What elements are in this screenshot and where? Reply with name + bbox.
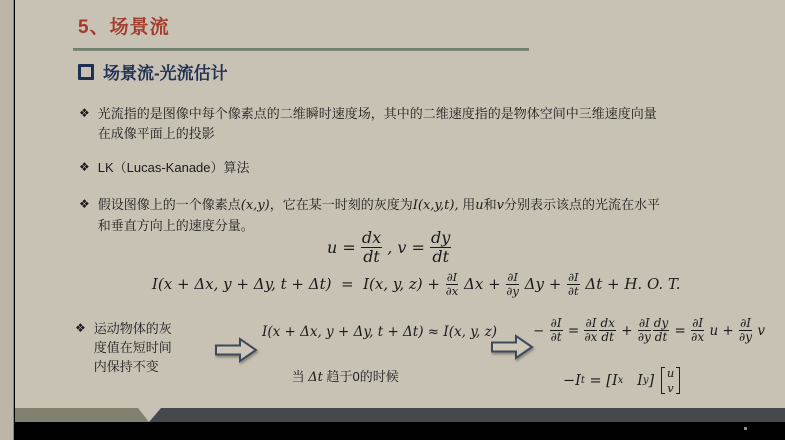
fraction-dI-dy: ∂I ∂y bbox=[739, 317, 752, 345]
fraction-dI-dx: ∂I ∂x bbox=[584, 317, 597, 345]
bullet-text: 运动物体的灰 度值在短时间 内保持不变 bbox=[94, 319, 172, 376]
fraction-dI-dx: ∂I ∂x bbox=[446, 271, 459, 298]
bullet-item-optical-flow-def: ❖ 光流指的是图像中每个像素点的二维瞬时速度场，其中的二维速度指的是物体空间中三… bbox=[79, 104, 759, 143]
formula-taylor-expansion: I(x + Δx, y + Δy, t + Δt) = I(x, y, z) +… bbox=[152, 271, 680, 298]
footer-decoration-band bbox=[15, 408, 785, 422]
section-heading-label: 场景流-光流估计 bbox=[103, 59, 228, 84]
diamond-bullet-icon: ❖ bbox=[79, 195, 90, 235]
fraction-dI-dy: ∂I ∂y bbox=[638, 317, 651, 345]
delta-t-caption: 当 Δt 趋于0的时候 bbox=[270, 351, 399, 400]
footer-black-band bbox=[15, 422, 785, 440]
fraction-dI-dx: ∂I ∂x bbox=[691, 317, 704, 345]
formula-chain-rule: − ∂I ∂t = ∂I ∂x dx dt + ∂I ∂y dy dt bbox=[533, 317, 765, 345]
block-arrow-icon bbox=[490, 333, 534, 361]
section-heading: 场景流-光流估计 bbox=[78, 59, 228, 84]
fraction-dx-dt: dx dt bbox=[361, 229, 382, 266]
diamond-bullet-icon: ❖ bbox=[79, 104, 90, 143]
presentation-slide-view: 5、场景流 场景流-光流估计 ❖ 光流指的是图像中每个像素点的二维瞬时速度场，其… bbox=[0, 0, 785, 440]
bullet-item-lk-algorithm: ❖ LK（Lucas-Kanade）算法 bbox=[79, 158, 250, 178]
cursor-dot bbox=[744, 427, 747, 430]
slide-canvas: 5、场景流 场景流-光流估计 ❖ 光流指的是图像中每个像素点的二维瞬时速度场，其… bbox=[15, 0, 785, 408]
bullet-text: 光流指的是图像中每个像素点的二维瞬时速度场，其中的二维速度指的是物体空间中三维速… bbox=[98, 104, 657, 143]
slide-title: 5、场景流 bbox=[78, 12, 170, 39]
block-arrow-icon bbox=[214, 336, 258, 364]
diamond-bullet-icon: ❖ bbox=[75, 319, 86, 376]
left-edge-strip bbox=[0, 0, 14, 440]
fraction-dI-dy: ∂I ∂y bbox=[506, 271, 519, 298]
title-divider-line bbox=[73, 48, 529, 50]
fraction-dI-dt: ∂I ∂t bbox=[550, 317, 563, 345]
column-vector-uv: u v bbox=[661, 367, 680, 394]
right-bracket bbox=[676, 367, 680, 394]
formula-uv-definition: u = dx dt , v = dy dt bbox=[327, 229, 451, 266]
fraction-dx-dt: dx dt bbox=[599, 317, 615, 345]
bullet-text: LK（Lucas-Kanade）算法 bbox=[98, 158, 250, 178]
formula-approximation: I(x + Δx, y + Δy, t + Δt) ≈ I(x, y, z) bbox=[262, 324, 497, 340]
formula-matrix-form: −It = [ Ix Iy ] u v bbox=[563, 367, 680, 394]
bullet-item-brightness-constancy: ❖ 运动物体的灰 度值在短时间 内保持不变 bbox=[75, 319, 205, 376]
fraction-dy-dt: dy dt bbox=[430, 229, 451, 266]
diamond-bullet-icon: ❖ bbox=[79, 158, 90, 178]
fraction-dI-dt: ∂I ∂t bbox=[567, 271, 580, 298]
square-bullet-icon bbox=[78, 64, 94, 80]
fraction-dy-dt: dy dt bbox=[653, 317, 669, 345]
